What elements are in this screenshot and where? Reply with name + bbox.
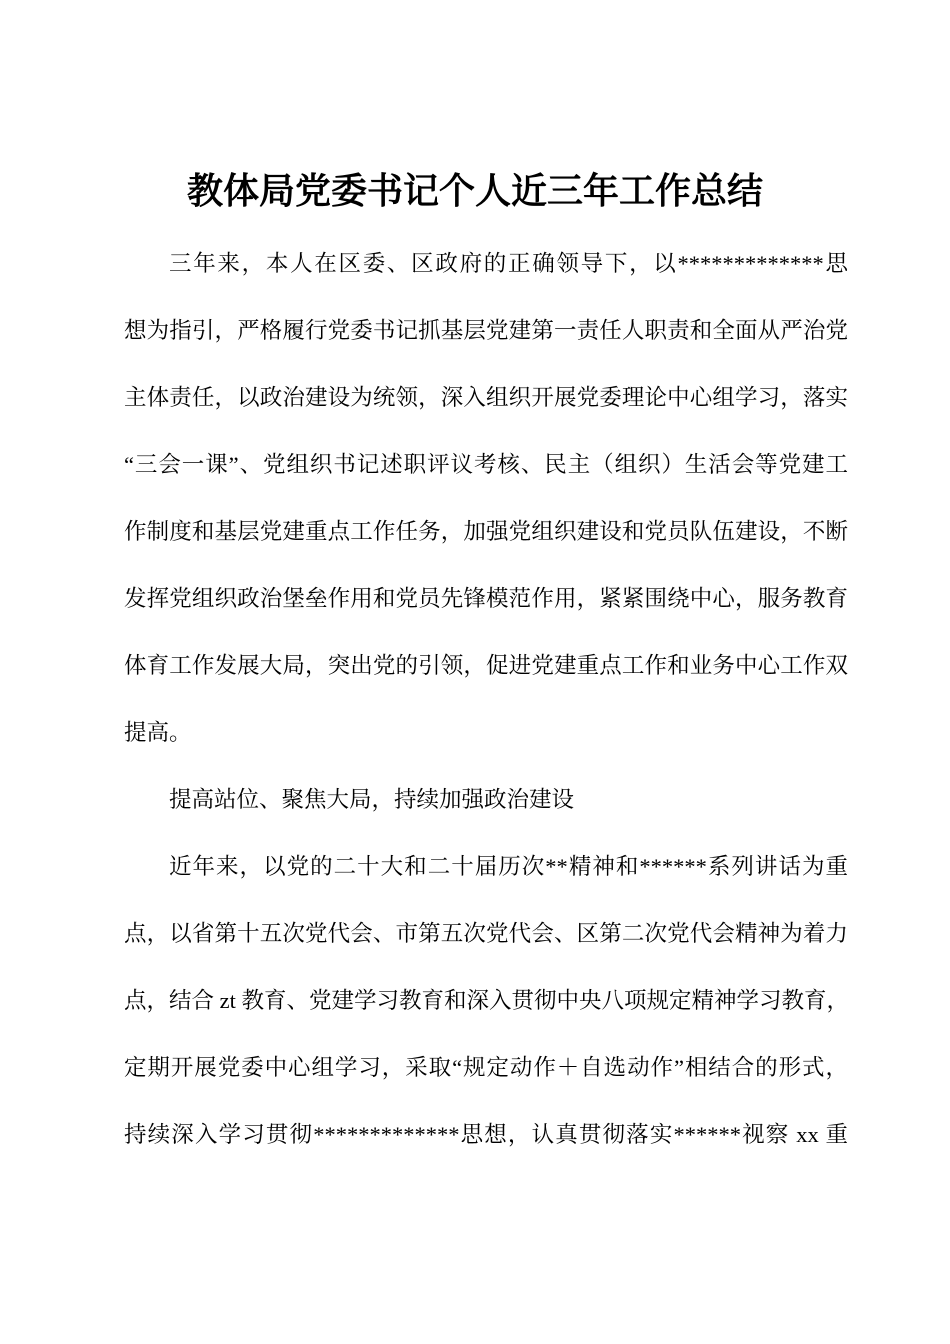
- text-line: “三会一课”、党组织书记述职评议考核、民主（组织）生活会等党建工: [124, 431, 848, 498]
- text-line: 近年来，以党的二十大和二十届历次**精神和******系列讲话为重: [124, 833, 848, 900]
- text-line: 体育工作发展大局，突出党的引领，促进党建重点工作和业务中心工作双: [124, 632, 848, 699]
- document-title: 教体局党委书记个人近三年工作总结: [0, 165, 950, 217]
- text-line: 提高。: [124, 699, 848, 766]
- text-line: 三年来，本人在区委、区政府的正确领导下，以*************思: [124, 230, 848, 297]
- text-line: 点，以省第十五次党代会、市第五次党代会、区第二次党代会精神为着力: [124, 900, 848, 967]
- text-line: 定期开展党委中心组学习，采取“规定动作＋自选动作”相结合的形式，: [124, 1034, 848, 1101]
- text-line: 主体责任，以政治建设为统领，深入组织开展党委理论中心组学习，落实: [124, 364, 848, 431]
- text-line: 提高站位、聚焦大局，持续加强政治建设: [124, 766, 848, 833]
- text-line: 想为指引，严格履行党委书记抓基层党建第一责任人职责和全面从严治党: [124, 297, 848, 364]
- text-line: 点，结合 zt 教育、党建学习教育和深入贯彻中央八项规定精神学习教育，: [124, 967, 848, 1034]
- document-page: 教体局党委书记个人近三年工作总结 三年来，本人在区委、区政府的正确领导下，以**…: [0, 0, 950, 1344]
- text-line: 发挥党组织政治堡垒作用和党员先锋模范作用，紧紧围绕中心，服务教育: [124, 565, 848, 632]
- text-line: 作制度和基层党建重点工作任务，加强党组织建设和党员队伍建设，不断: [124, 498, 848, 565]
- document-body: 三年来，本人在区委、区政府的正确领导下，以*************思想为指引，…: [124, 230, 848, 1168]
- text-line: 持续深入学习贯彻*************思想，认真贯彻落实******视察 x…: [124, 1101, 848, 1168]
